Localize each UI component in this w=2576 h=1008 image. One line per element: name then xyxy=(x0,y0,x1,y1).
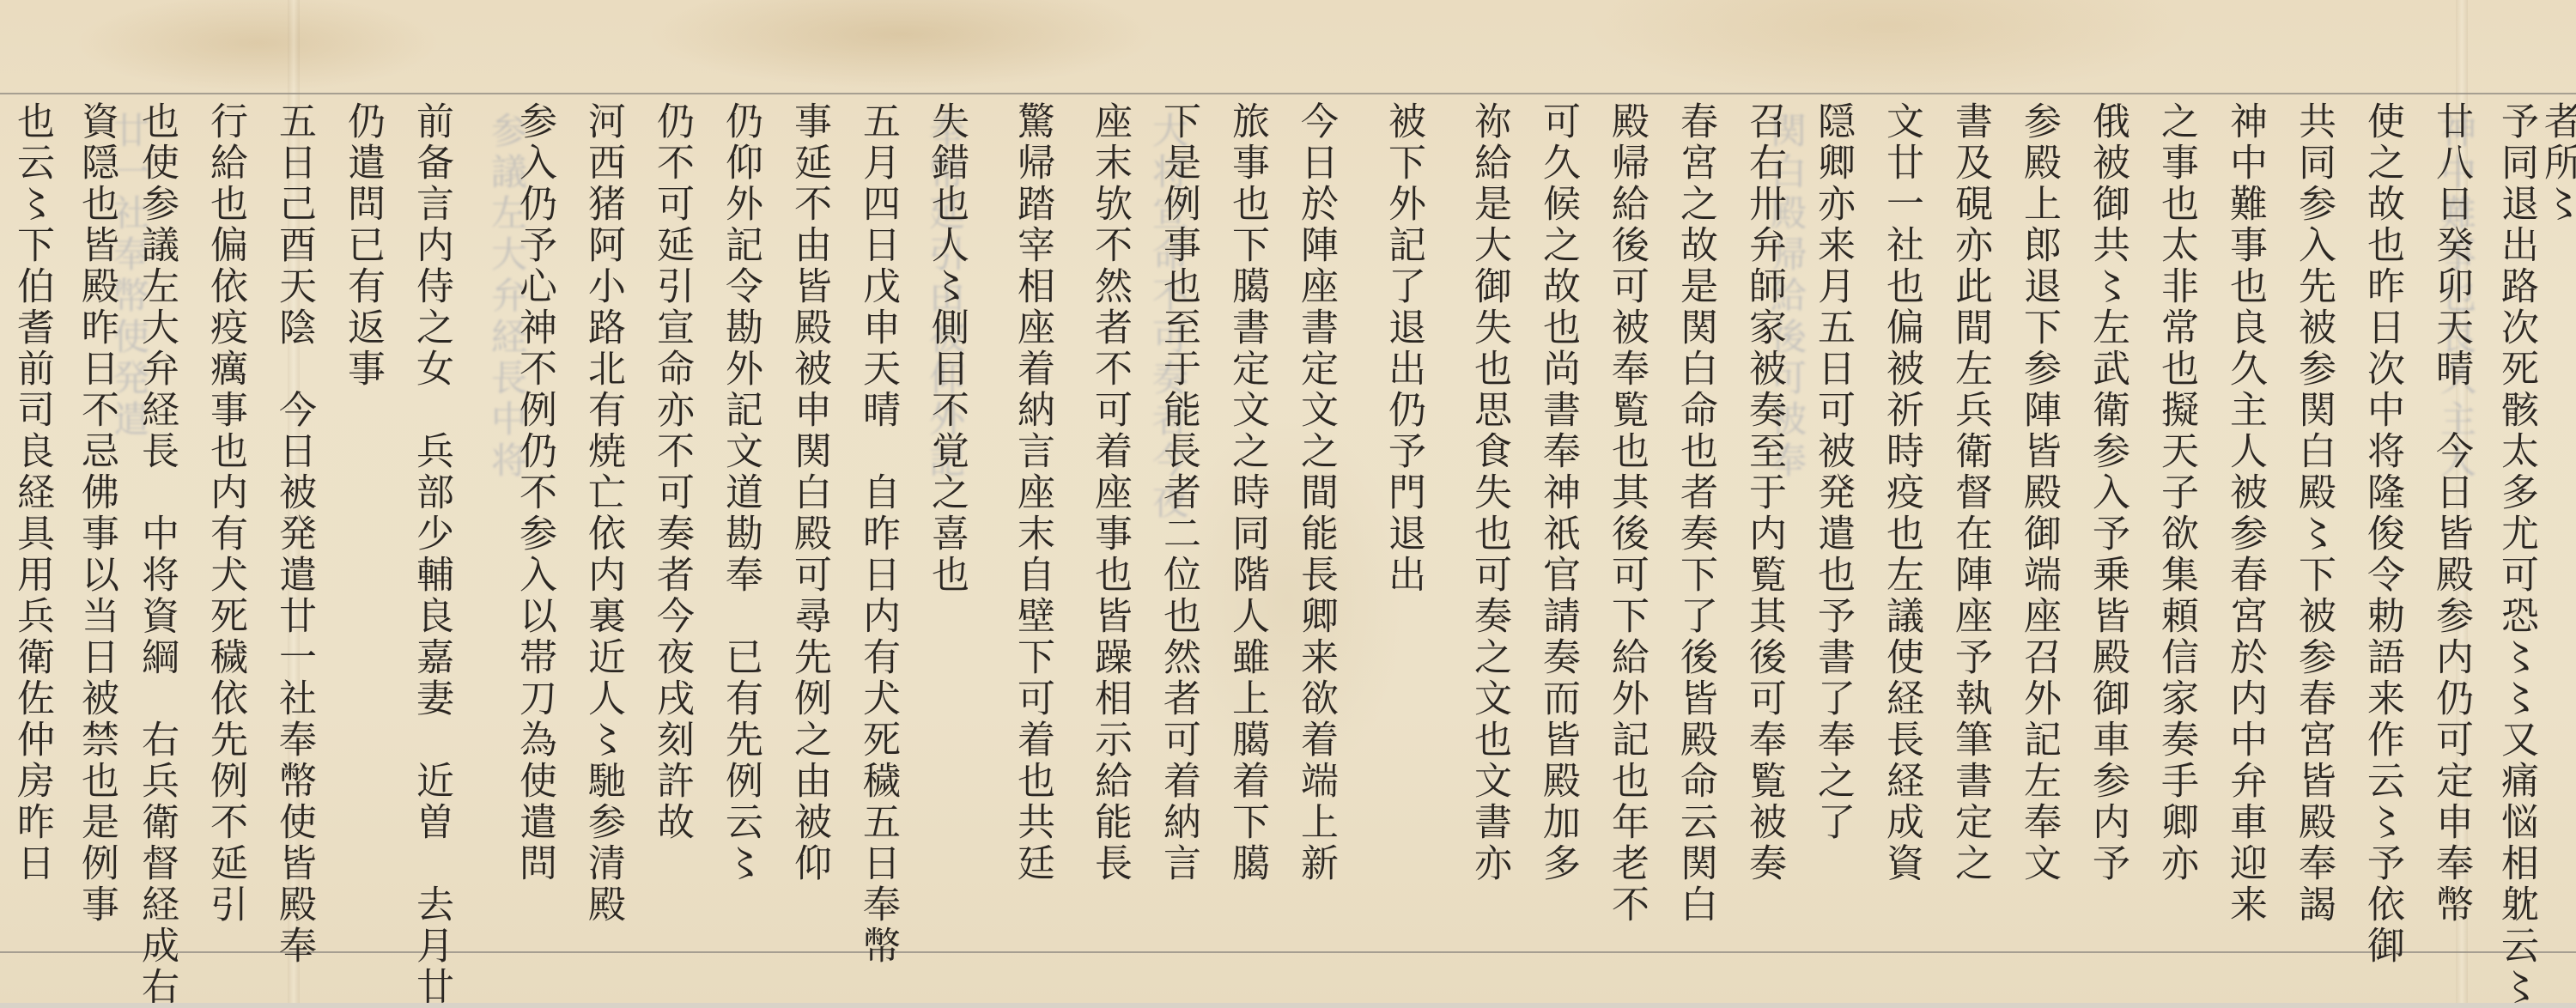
top-ruled-line xyxy=(0,93,2576,94)
text-column: 資隠也皆殿昨日不忌佛事以当日被禁也是例事 xyxy=(77,101,115,951)
text-column: 五月四日戊申天晴 自昨日内有犬死穢五日奉幣 xyxy=(859,101,896,951)
text-column: 神中難事也良久主人被参春宮於内中弁車迎来 xyxy=(2226,101,2263,951)
bottom-ruled-line xyxy=(0,951,2576,953)
text-column: 参殿上郎退下参陣皆殿御端座召外記左奉文 xyxy=(2020,101,2057,951)
text-column: 下是例事也至于能長者二位也然者可着納言 xyxy=(1159,101,1197,951)
text-column: 使之故也昨日次中将隆俊令勅語来作云〻予依御 xyxy=(2363,101,2401,951)
text-column: 今日於陣座書定文之間能長卿来欲着端上新 xyxy=(1297,101,1334,951)
text-column: 失錯也人〻側目不覚之喜也 xyxy=(927,101,965,951)
text-column: 事延不由皆殿被申関白殿可尋先例之由被仰 xyxy=(790,101,828,951)
text-column: 者所〻 xyxy=(2540,101,2576,951)
text-column: 之事也太非常也擬天子欲集頼信家奏手卿亦 xyxy=(2157,101,2195,951)
text-column: 俄被御共〻左武衛参入予乗皆殿御車参内予 xyxy=(2088,101,2126,951)
text-column: 書及硯亦此間左兵衛督在陣座予執筆書定之 xyxy=(1951,101,1989,951)
text-column: 祢給是大御失也思食失也可奏之文也文書亦 xyxy=(1470,101,1508,951)
text-column: 召右卅弁師家被奏至于内覧其後可奉覧被奏 xyxy=(1745,101,1783,951)
text-column: 参入仍予心神不例仍不参入以帯刀為使遣問 xyxy=(515,101,553,951)
text-column: 河西猪阿小路北有焼亡依内裏近人〻馳参清殿 xyxy=(584,101,622,951)
text-column: 仍仰外記令勘外記文道勘奉 已有先例云〻 xyxy=(721,101,759,951)
text-column: 文廿一社也偏被祈時疫也左議使経長経成資 xyxy=(1882,101,1920,951)
text-column: 春宮之故是関白命也者奏下了後皆殿命云関白 xyxy=(1676,101,1714,951)
text-column: 五日己酉天陰 今日被発遣廿一社奉幣使皆殿奉 xyxy=(275,101,313,951)
manuscript-scroll: 神中難事也良久主人 関白殿帰給後可被奉 大将宣命不可奏者今夜 奉幣延引由被仰外記… xyxy=(0,0,2576,1008)
text-column: 予同退出路次死骸太多尤可恐〻〻又痛悩相躭云〻 xyxy=(2497,101,2535,951)
text-column: 驚帰踏宰相座着納言座末自壁下可着也共廷 xyxy=(1013,101,1051,951)
text-column: 前备言内侍之女 兵部少輔良嘉妻 近曽 去月廿五日 煩邪氣死亡 xyxy=(412,101,450,951)
text-column: 座末欤不然者不可着座事也皆躁相示給能長 xyxy=(1091,101,1128,951)
text-column: 可久候之故也尚書奉神祇官請奏而皆殿加多 xyxy=(1539,101,1577,951)
scroll-bottom-edge xyxy=(0,1003,2576,1008)
text-column: 廿八日癸卯天晴 今日皆殿参内仍可定申奉幣 xyxy=(2432,101,2470,951)
text-column: 被下外記了退出仍予門退出 xyxy=(1384,101,1422,951)
text-column: 也云〻下伯耆前司良経具用兵衛佐仲房昨日 xyxy=(13,101,51,951)
text-column: 殿帰給後可被奉覧也其後可下給外記也年老不 xyxy=(1607,101,1645,951)
text-column: 行給也偏依疫癘事也内有犬死穢依先例不延引 xyxy=(206,101,244,951)
text-column: 仍不可延引宣命亦不可奏者今夜戌刻許故 xyxy=(653,101,690,951)
text-column: 隠卿亦来月五日可被発遣也予書了奉之了 xyxy=(1814,101,1851,951)
text-column: 旅事也下臈書定文之時同階人雖上臈着下臈 xyxy=(1228,101,1266,951)
text-column: 也使参議左大弁経長 中将資綱 右兵衛督経成右京大夫 xyxy=(137,101,175,951)
text-column: 共同参入先被参関白殿〻下被参春宮皆殿奉謁 xyxy=(2294,101,2332,951)
text-column: 仍遣問已有返事 xyxy=(343,101,381,951)
